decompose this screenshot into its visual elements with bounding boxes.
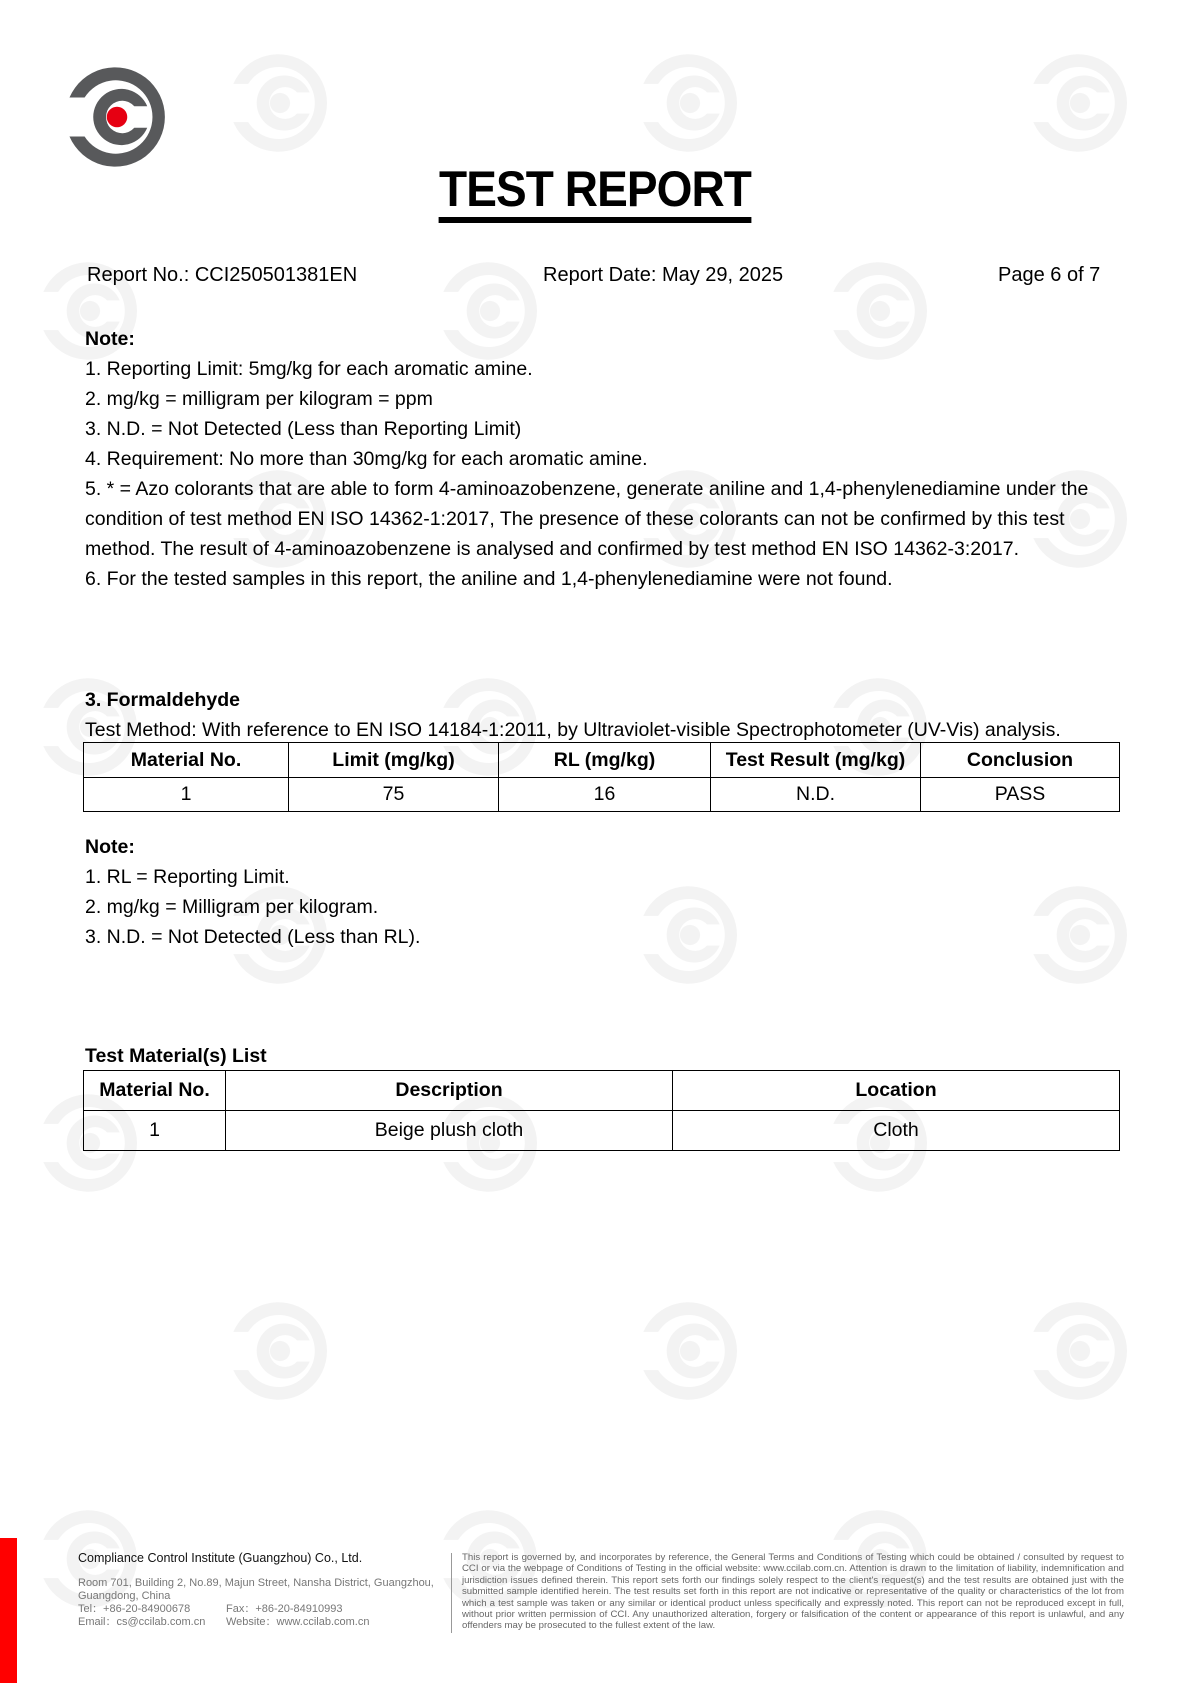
azo-notes-heading: Note: [85, 324, 1135, 354]
formaldehyde-heading: 3. Formaldehyde [85, 685, 240, 715]
column-header: RL (mg/kg) [499, 743, 711, 778]
page-title: TEST REPORT [48, 160, 1143, 223]
footer-disclaimer: This report is governed by, and incorpor… [462, 1552, 1124, 1632]
company-logo-icon [63, 63, 171, 171]
watermark-logo-icon [227, 50, 333, 156]
column-header: Material No. [84, 743, 289, 778]
table-row: 1 75 16 N.D. PASS [84, 778, 1120, 812]
note-line: 2. mg/kg = Milligram per kilogram. [85, 892, 420, 922]
footer-address: Room 701, Building 2, No.89, Majun Stree… [78, 1577, 434, 1590]
cell-conclusion: PASS [921, 778, 1120, 812]
materials-heading: Test Material(s) List [85, 1041, 267, 1071]
footer-email: Email：cs@ccilab.com.cn [78, 1616, 226, 1629]
column-header: Description [226, 1071, 673, 1111]
formaldehyde-method: Test Method: With reference to EN ISO 14… [85, 715, 1061, 745]
column-header: Material No. [84, 1071, 226, 1111]
report-number: Report No.: CCI250501381EN [87, 264, 357, 287]
note-line: 1. Reporting Limit: 5mg/kg for each arom… [85, 354, 1135, 384]
table-row: 1 Beige plush cloth Cloth [84, 1111, 1120, 1151]
column-header: Test Result (mg/kg) [711, 743, 921, 778]
formaldehyde-notes: Note: 1. RL = Reporting Limit. 2. mg/kg … [85, 832, 420, 952]
footer-address: Guangdong, China [78, 1590, 434, 1603]
page-number: Page 6 of 7 [998, 264, 1100, 287]
cell-rl: 16 [499, 778, 711, 812]
accent-bar [0, 1538, 17, 1683]
report-date: Report Date: May 29, 2025 [543, 264, 783, 287]
note-line: 3. N.D. = Not Detected (Less than RL). [85, 922, 420, 952]
note-line: 2. mg/kg = milligram per kilogram = ppm [85, 384, 1135, 414]
cell-material-no: 1 [84, 1111, 226, 1151]
note-line: condition of test method EN ISO 14362-1:… [85, 504, 1135, 534]
note-line: 6. For the tested samples in this report… [85, 564, 1135, 594]
formaldehyde-table: Material No. Limit (mg/kg) RL (mg/kg) Te… [83, 742, 1120, 812]
table-header-row: Material No. Description Location [84, 1071, 1120, 1111]
watermark-logo-icon [1027, 1298, 1133, 1404]
watermark-logo-icon [637, 50, 743, 156]
table-header-row: Material No. Limit (mg/kg) RL (mg/kg) Te… [84, 743, 1120, 778]
materials-table: Material No. Description Location 1 Beig… [83, 1070, 1120, 1151]
note-line: method. The result of 4-aminoazobenzene … [85, 534, 1135, 564]
footer-company-name: Compliance Control Institute (Guangzhou)… [78, 1551, 362, 1565]
footer-fax: Fax：+86-20-84910993 [226, 1603, 343, 1616]
formaldehyde-notes-heading: Note: [85, 832, 420, 862]
column-header: Location [673, 1071, 1120, 1111]
footer-website: Website：www.ccilab.com.cn [226, 1616, 369, 1629]
watermark-logo-icon [637, 882, 743, 988]
watermark-logo-icon [1027, 50, 1133, 156]
cell-material-no: 1 [84, 778, 289, 812]
footer-contact: Room 701, Building 2, No.89, Majun Stree… [78, 1577, 434, 1629]
watermark-logo-icon [637, 1298, 743, 1404]
cell-limit: 75 [289, 778, 499, 812]
watermark-logo-icon [227, 1298, 333, 1404]
cell-location: Cloth [673, 1111, 1120, 1151]
column-header: Conclusion [921, 743, 1120, 778]
cell-description: Beige plush cloth [226, 1111, 673, 1151]
azo-notes: Note: 1. Reporting Limit: 5mg/kg for eac… [85, 324, 1135, 594]
column-header: Limit (mg/kg) [289, 743, 499, 778]
watermark-logo-icon [1027, 882, 1133, 988]
cell-test-result: N.D. [711, 778, 921, 812]
note-line: 3. N.D. = Not Detected (Less than Report… [85, 414, 1135, 444]
footer-divider [451, 1553, 452, 1633]
note-line: 5. * = Azo colorants that are able to fo… [85, 474, 1135, 504]
footer-tel: Tel：+86-20-84900678 [78, 1603, 226, 1616]
note-line: 4. Requirement: No more than 30mg/kg for… [85, 444, 1135, 474]
note-line: 1. RL = Reporting Limit. [85, 862, 420, 892]
